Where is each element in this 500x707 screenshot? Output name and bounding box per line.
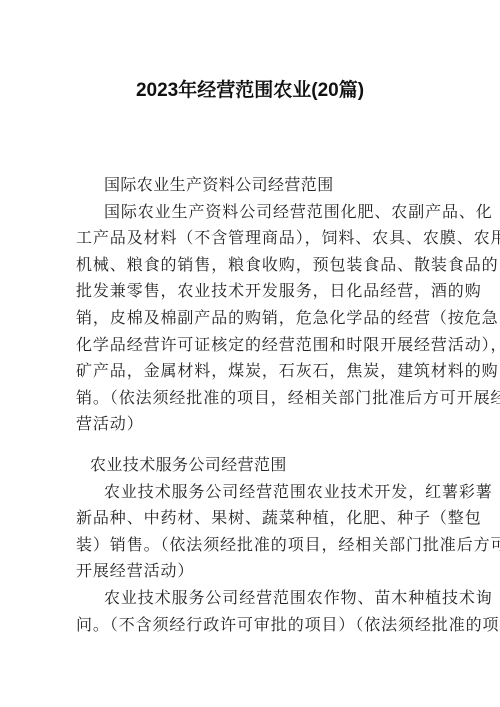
paragraph-line: 农业技术服务公司经营范围农作物、苗木种植技术询: [76, 585, 440, 612]
paragraph-line: 机械、粮食的销售，粮食收购，预包装食品、散装食品的: [76, 252, 440, 279]
paragraph-line: 新品种、中药材、果树、蔬菜种植，化肥、种子（整包: [76, 505, 440, 532]
paragraph-line: 农业技术服务公司经营范围农业技术开发，红薯彩薯: [76, 479, 440, 506]
section-international-agri-supplies: 国际农业生产资料公司经营范围 国际农业生产资料公司经营范围化肥、农副产品、化 工…: [76, 172, 440, 438]
paragraph: 农业技术服务公司经营范围农作物、苗木种植技术询 问。（不含须经行政许可审批的项目…: [76, 585, 440, 638]
paragraph-line: 装）销售。（依法须经批准的项目，经相关部门批准后方可: [76, 532, 440, 559]
section-heading: 国际农业生产资料公司经营范围: [76, 172, 440, 199]
paragraph: 国际农业生产资料公司经营范围化肥、农副产品、化 工产品及材料（不含管理商品），饲…: [76, 199, 440, 438]
paragraph-line: 国际农业生产资料公司经营范围化肥、农副产品、化: [76, 199, 440, 226]
paragraph-line: 矿产品，金属材料，煤炭，石灰石，焦炭，建筑材料的购: [76, 358, 440, 385]
paragraph-line: 销，皮棉及棉副产品的购销，危急化学品的经营（按危急: [76, 305, 440, 332]
document-page: 2023年经营范围农业(20篇) 国际农业生产资料公司经营范围 国际农业生产资料…: [0, 0, 500, 707]
section-agri-tech-services: 农业技术服务公司经营范围 农业技术服务公司经营范围农业技术开发，红薯彩薯 新品种…: [76, 452, 440, 638]
paragraph-line: 批发兼零售，农业技术开发服务，日化品经营，酒的购: [76, 278, 440, 305]
section-heading: 农业技术服务公司经营范围: [76, 452, 440, 479]
paragraph-line: 问。（不含须经行政许可审批的项目）（依法须经批准的项: [76, 612, 440, 639]
paragraph-line: 化学品经营许可证核定的经营范围和时限开展经营活动），: [76, 332, 440, 359]
paragraph-line: 销。（依法须经批准的项目，经相关部门批准后方可开展经: [76, 385, 440, 412]
paragraph-line: 工产品及材料（不含管理商品），饲料、农具、农膜、农用: [76, 225, 440, 252]
paragraph-line: 营活动）: [76, 411, 440, 438]
paragraph-line: 开展经营活动）: [76, 558, 440, 585]
document-title: 2023年经营范围农业(20篇): [0, 79, 500, 103]
paragraph: 农业技术服务公司经营范围农业技术开发，红薯彩薯 新品种、中药材、果树、蔬菜种植，…: [76, 479, 440, 585]
